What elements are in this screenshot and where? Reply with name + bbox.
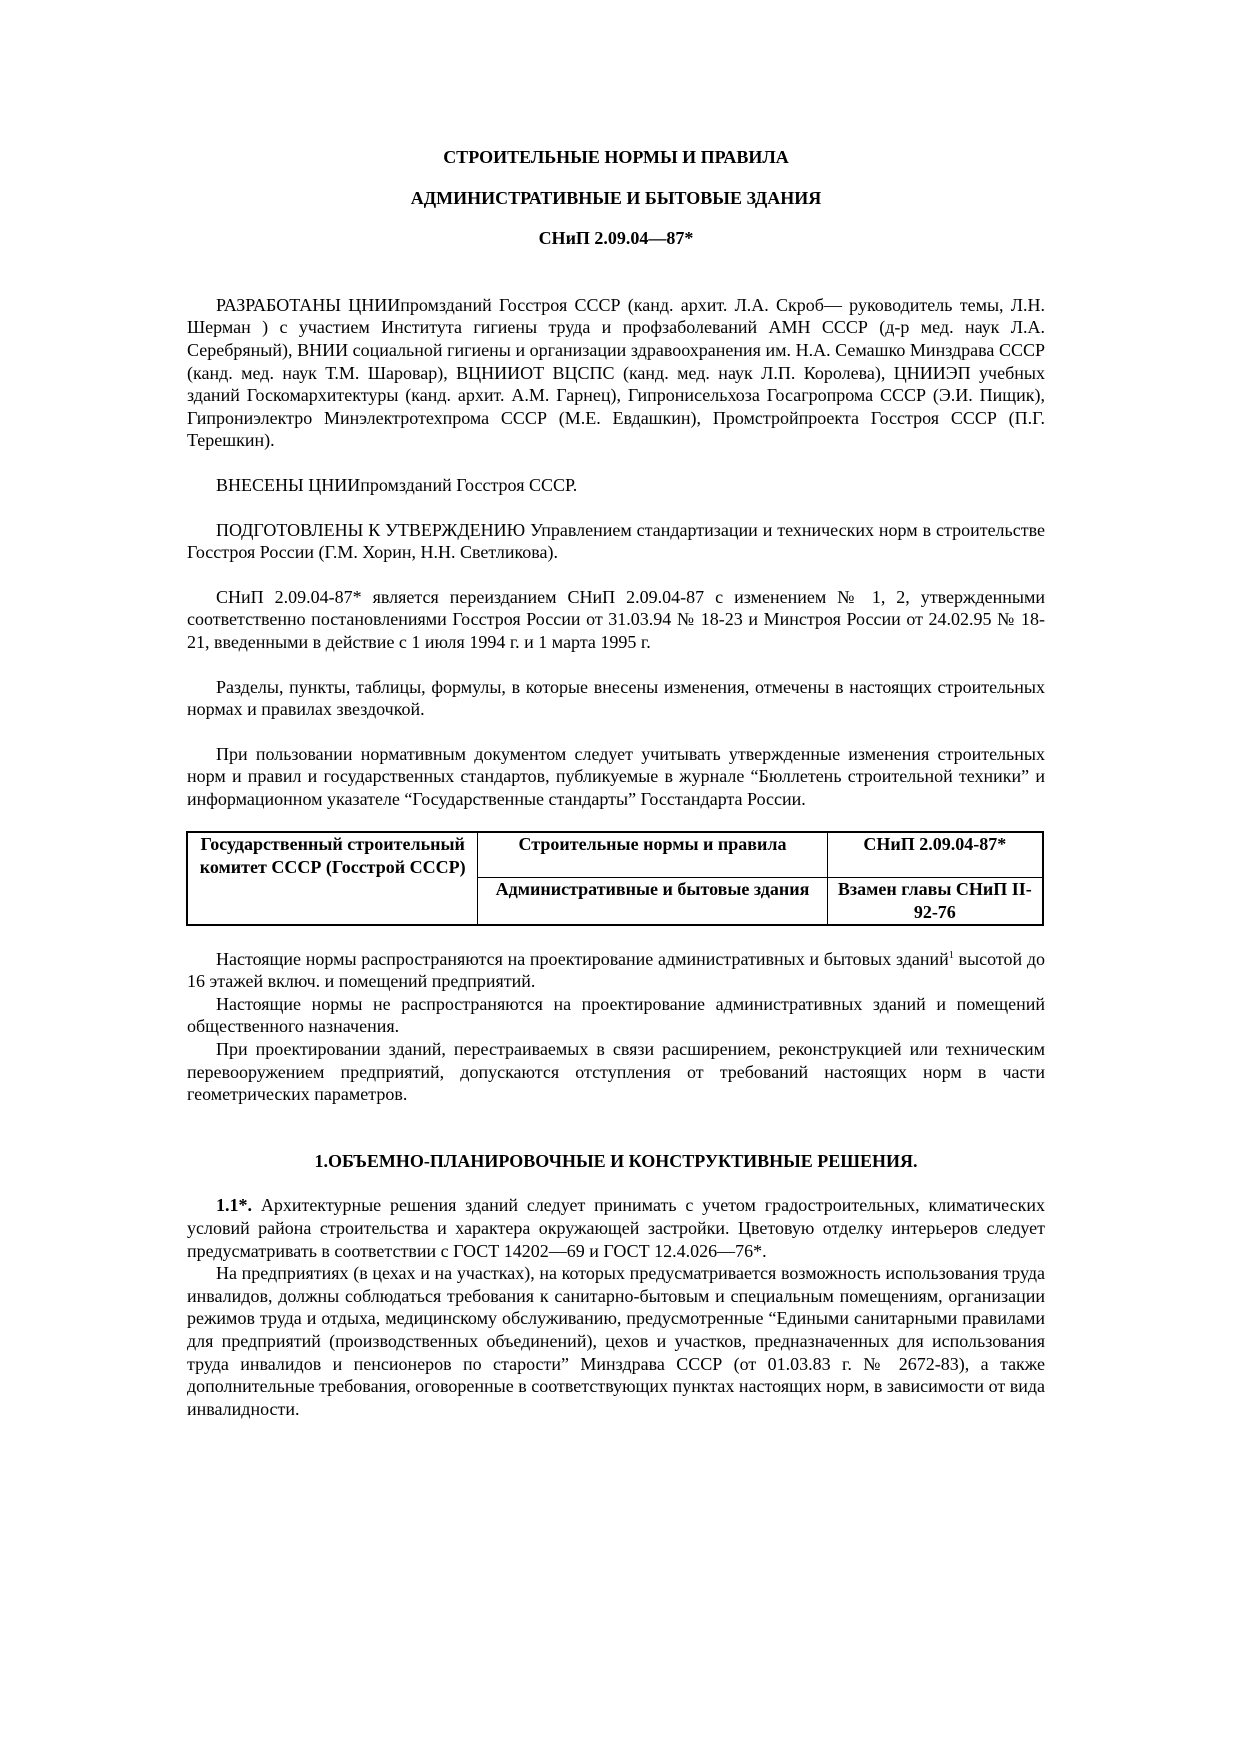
paragraph-usage-note: При пользовании нормативным документом с… [187, 743, 1045, 811]
section-1-heading: 1.ОБЪЕМНО-ПЛАНИРОВОЧНЫЕ И КОНСТРУКТИВНЫЕ… [187, 1150, 1045, 1173]
header-table-wrapper: Государственный строительный комитет ССС… [187, 831, 1045, 925]
clause-1-1-paragraph-2: На предприятиях (в цехах и на участках),… [187, 1262, 1045, 1420]
table-row: Государственный строительный комитет ССС… [187, 832, 1043, 878]
clause-1-1: 1.1*. Архитектурные решения зданий следу… [187, 1194, 1045, 1262]
paragraph-scope-1: Настоящие нормы распространяются на прое… [187, 948, 1045, 993]
paragraph-scope-2: Настоящие нормы не распространяются на п… [187, 993, 1045, 1038]
document-page: СТРОИТЕЛЬНЫЕ НОРМЫ И ПРАВИЛА АДМИНИСТРАТ… [187, 146, 1045, 1420]
doc-title-code: СНиП 2.09.04—87* [187, 227, 1045, 250]
replaces-cell: Взамен главы СНиП II-92-76 [827, 878, 1043, 925]
authority-cell: Государственный строительный комитет ССС… [187, 832, 478, 924]
paragraph-submitted: ВНЕСЕНЫ ЦНИИпромзданий Госстроя СССР. [187, 474, 1045, 497]
paragraph-reissue: СНиП 2.09.04-87* является переизданием С… [187, 586, 1045, 654]
paragraph-scope-3: При проектировании зданий, перестраиваем… [187, 1038, 1045, 1106]
paragraph-asterisk-note: Разделы, пункты, таблицы, формулы, в кот… [187, 676, 1045, 721]
doc-code-cell: СНиП 2.09.04-87* [827, 832, 1043, 878]
doc-title-subject: АДМИНИСТРАТИВНЫЕ И БЫТОВЫЕ ЗДАНИЯ [187, 187, 1045, 210]
doc-type-cell: Строительные нормы и правила [478, 832, 827, 878]
scope-1-text: Настоящие нормы распространяются на прое… [216, 949, 949, 969]
clause-1-1-text: Архитектурные решения зданий следует при… [187, 1195, 1045, 1260]
paragraph-prepared: ПОДГОТОВЛЕНЫ К УТВЕРЖДЕНИЮ Управлением с… [187, 519, 1045, 564]
clause-number: 1.1*. [216, 1195, 252, 1215]
doc-title-series: СТРОИТЕЛЬНЫЕ НОРМЫ И ПРАВИЛА [187, 146, 1045, 169]
header-table: Государственный строительный комитет ССС… [186, 831, 1044, 925]
doc-subject-cell: Административные и бытовые здания [478, 878, 827, 925]
paragraph-developed: РАЗРАБОТАНЫ ЦНИИпромзданий Госстроя СССР… [187, 294, 1045, 452]
